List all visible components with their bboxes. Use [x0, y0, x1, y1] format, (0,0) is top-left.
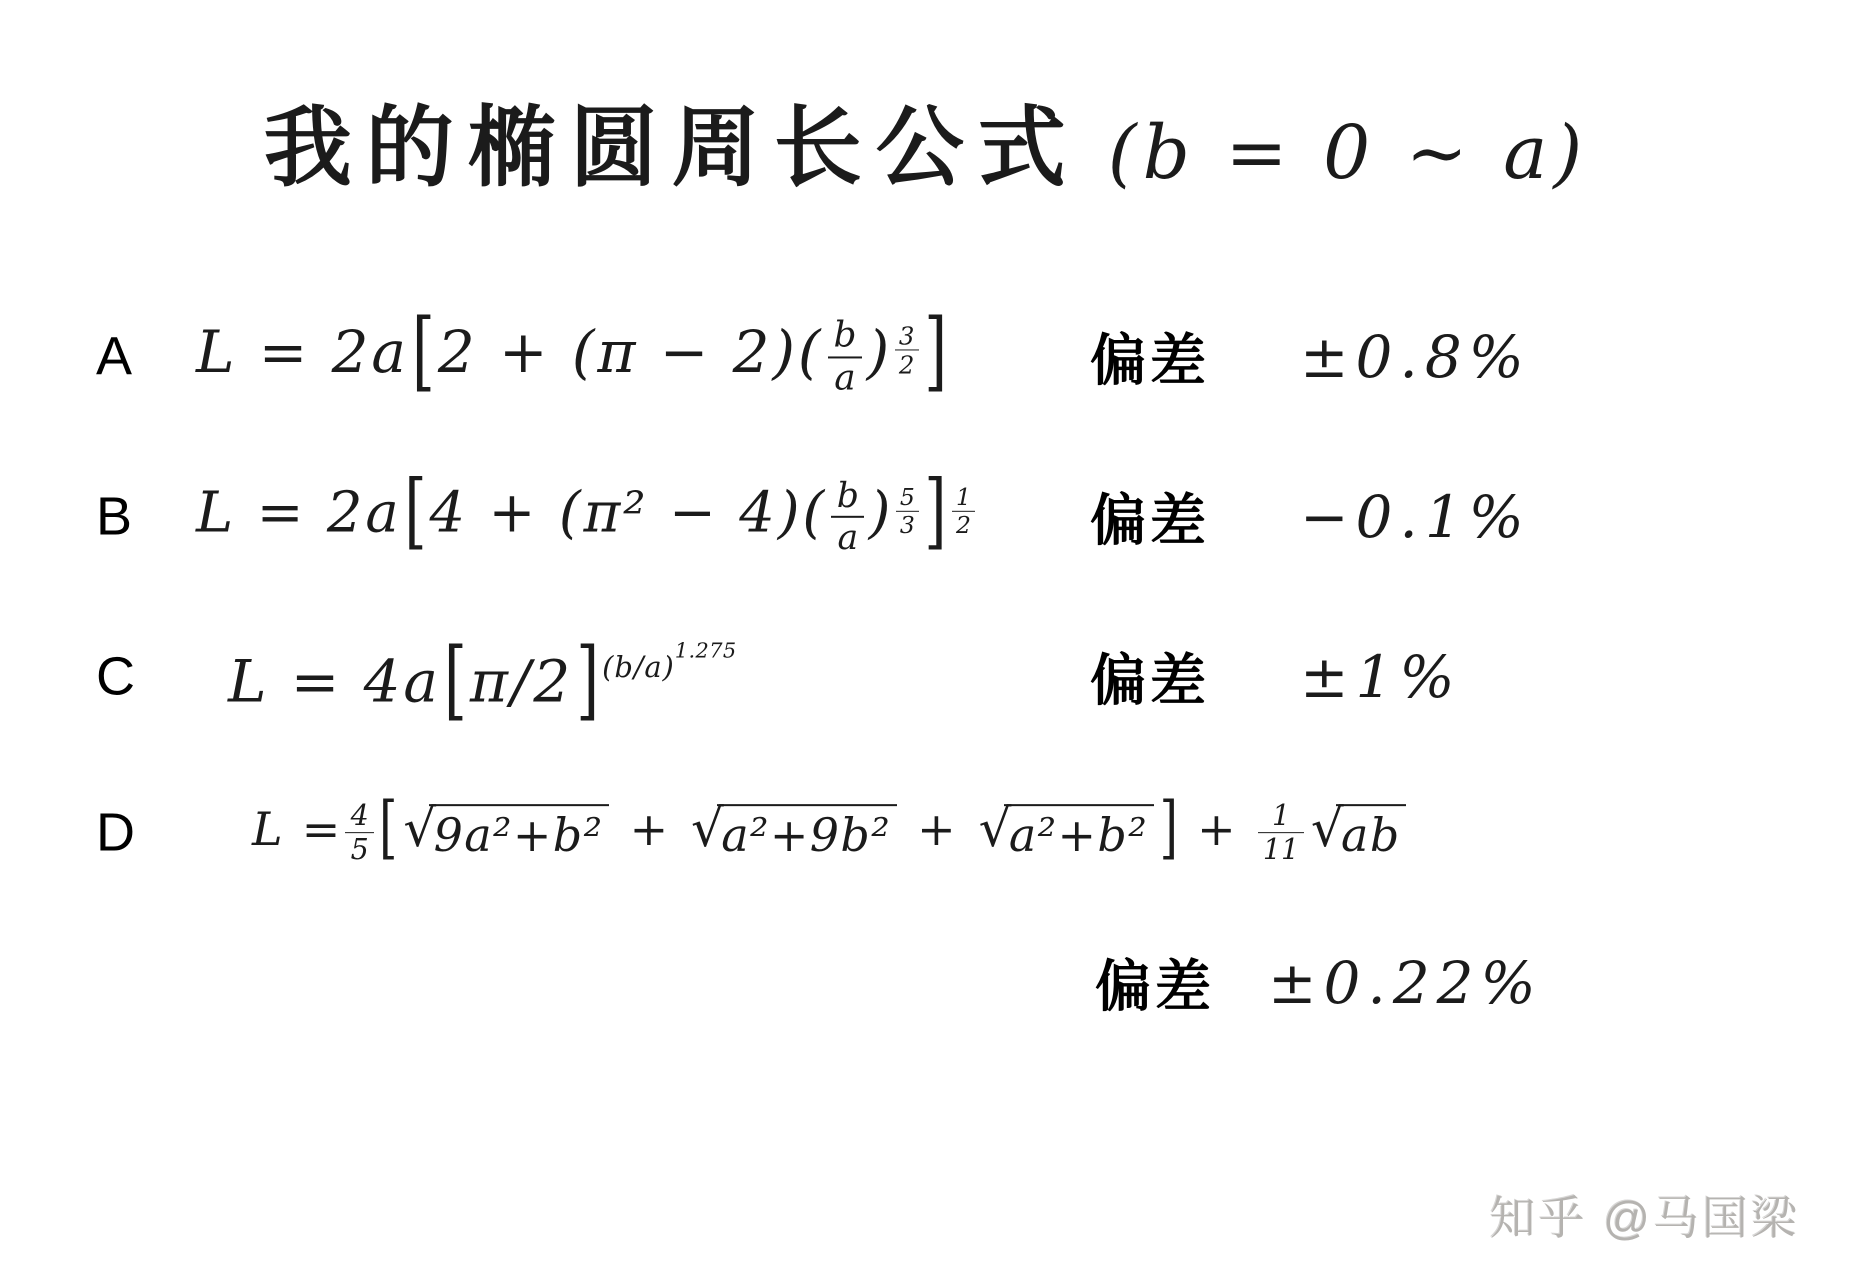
- math-token: 53: [896, 484, 919, 537]
- formula-c-math: L = 4a[π/2](b/a)1.275: [228, 639, 737, 716]
- title-main-text: 我的椭圆周长公式: [264, 95, 1080, 199]
- math-token: L =: [252, 802, 343, 856]
- math-token: ]: [921, 464, 949, 559]
- math-token: [: [409, 301, 438, 400]
- math-token: (b/a): [602, 650, 675, 684]
- math-token: [: [402, 464, 430, 559]
- math-token: 45: [345, 801, 373, 865]
- math-token: [: [377, 790, 400, 868]
- math-token: π/2: [470, 647, 573, 715]
- math-token: 1: [1267, 801, 1295, 832]
- title-range-text: (b = 0 ~ a): [1108, 110, 1588, 196]
- row-label-a: A: [84, 323, 144, 390]
- deviation-label-b: 偏差: [1080, 475, 1220, 559]
- math-token: 111: [1258, 801, 1305, 865]
- math-token: a: [831, 516, 864, 556]
- math-token: b: [827, 316, 863, 356]
- math-token: 11: [1258, 833, 1305, 865]
- formula-row-b: B L = 2a[4 + (π² − 4)(ba)53]12 偏差 −0.1%: [0, 432, 1852, 602]
- math-token: 1: [952, 484, 975, 510]
- deviation-value-d: ±0.22%: [1268, 949, 1543, 1017]
- math-token: +: [900, 802, 975, 856]
- deviation-label-d: 偏差: [1085, 941, 1225, 1025]
- math-token: +: [1180, 802, 1255, 856]
- math-token: 32: [895, 323, 919, 378]
- row-label-b: B: [84, 483, 144, 550]
- math-token: 4 + (π² − 4)(: [430, 481, 828, 546]
- deviation-value-b: −0.1%: [1300, 483, 1531, 551]
- math-token: 3: [896, 510, 919, 537]
- math-token: ba: [827, 316, 863, 397]
- math-token: L = 2a: [196, 481, 402, 546]
- math-token: +: [613, 802, 688, 856]
- math-token: ]: [921, 301, 950, 400]
- math-token: 3: [895, 323, 919, 350]
- math-token: 4: [345, 801, 373, 832]
- formula-a-math: L = 2a[2 + (π − 2)(ba)32]: [196, 316, 950, 397]
- formula-row-d: D L =45[√9a²+b² + √a²+9b² + √a²+b²] + 11…: [0, 748, 1852, 918]
- deviation-label-a: 偏差: [1080, 315, 1220, 399]
- math-token: a²+b²: [1004, 804, 1153, 862]
- math-token: 2: [952, 510, 975, 537]
- math-token: 12: [952, 484, 975, 537]
- math-token: ]: [573, 631, 602, 730]
- math-token: L = 2a: [196, 318, 409, 386]
- math-token: 5: [345, 833, 373, 865]
- formula-row-a: A L = 2a[2 + (π − 2)(ba)32] 偏差 ±0.8%: [0, 272, 1852, 442]
- formula-row-c: C L = 4a[π/2](b/a)1.275 偏差 ±1%: [0, 592, 1852, 762]
- math-token: L = 4a: [228, 647, 441, 715]
- deviation-label-c: 偏差: [1080, 635, 1220, 719]
- math-token: 1.275: [675, 639, 737, 663]
- math-token: 2 + (π − 2)(: [438, 318, 824, 386]
- formula-b-math: L = 2a[4 + (π² − 4)(ba)53]12: [196, 478, 977, 556]
- math-token: ]: [1157, 790, 1180, 868]
- zhihu-watermark: 知乎 @马国梁: [1490, 1182, 1800, 1248]
- math-token: a²+9b²: [717, 804, 897, 862]
- math-token: √a²+9b²: [691, 804, 897, 862]
- math-token: √a²+b²: [979, 804, 1154, 862]
- handwritten-note-photo: { "colors": { "paper_background": "#f3f2…: [0, 0, 1852, 1280]
- math-token: 9a²+b²: [429, 804, 609, 862]
- math-token: ): [867, 318, 893, 386]
- math-token: √9a²+b²: [403, 804, 609, 862]
- deviation-value-a: ±0.8%: [1300, 323, 1531, 391]
- math-token: [: [441, 631, 470, 730]
- deviation-row-d: 偏差 ±0.22%: [0, 928, 1852, 1038]
- math-token: ab: [1336, 804, 1406, 862]
- deviation-value-c: ±1%: [1300, 643, 1462, 711]
- math-token: 2: [895, 350, 919, 378]
- page-title: 我的椭圆周长公式(b = 0 ~ a): [0, 78, 1852, 204]
- math-token: √ab: [1311, 804, 1406, 862]
- math-token: ba: [830, 478, 865, 556]
- math-token: ): [869, 481, 894, 546]
- math-token: a: [828, 356, 862, 398]
- math-token: 5: [896, 484, 919, 510]
- math-token: b: [830, 478, 865, 516]
- formula-d-math: L =45[√9a²+b² + √a²+9b² + √a²+b²] + 111√…: [252, 801, 1410, 865]
- row-label-c: C: [84, 643, 147, 710]
- row-label-d: D: [84, 799, 147, 866]
